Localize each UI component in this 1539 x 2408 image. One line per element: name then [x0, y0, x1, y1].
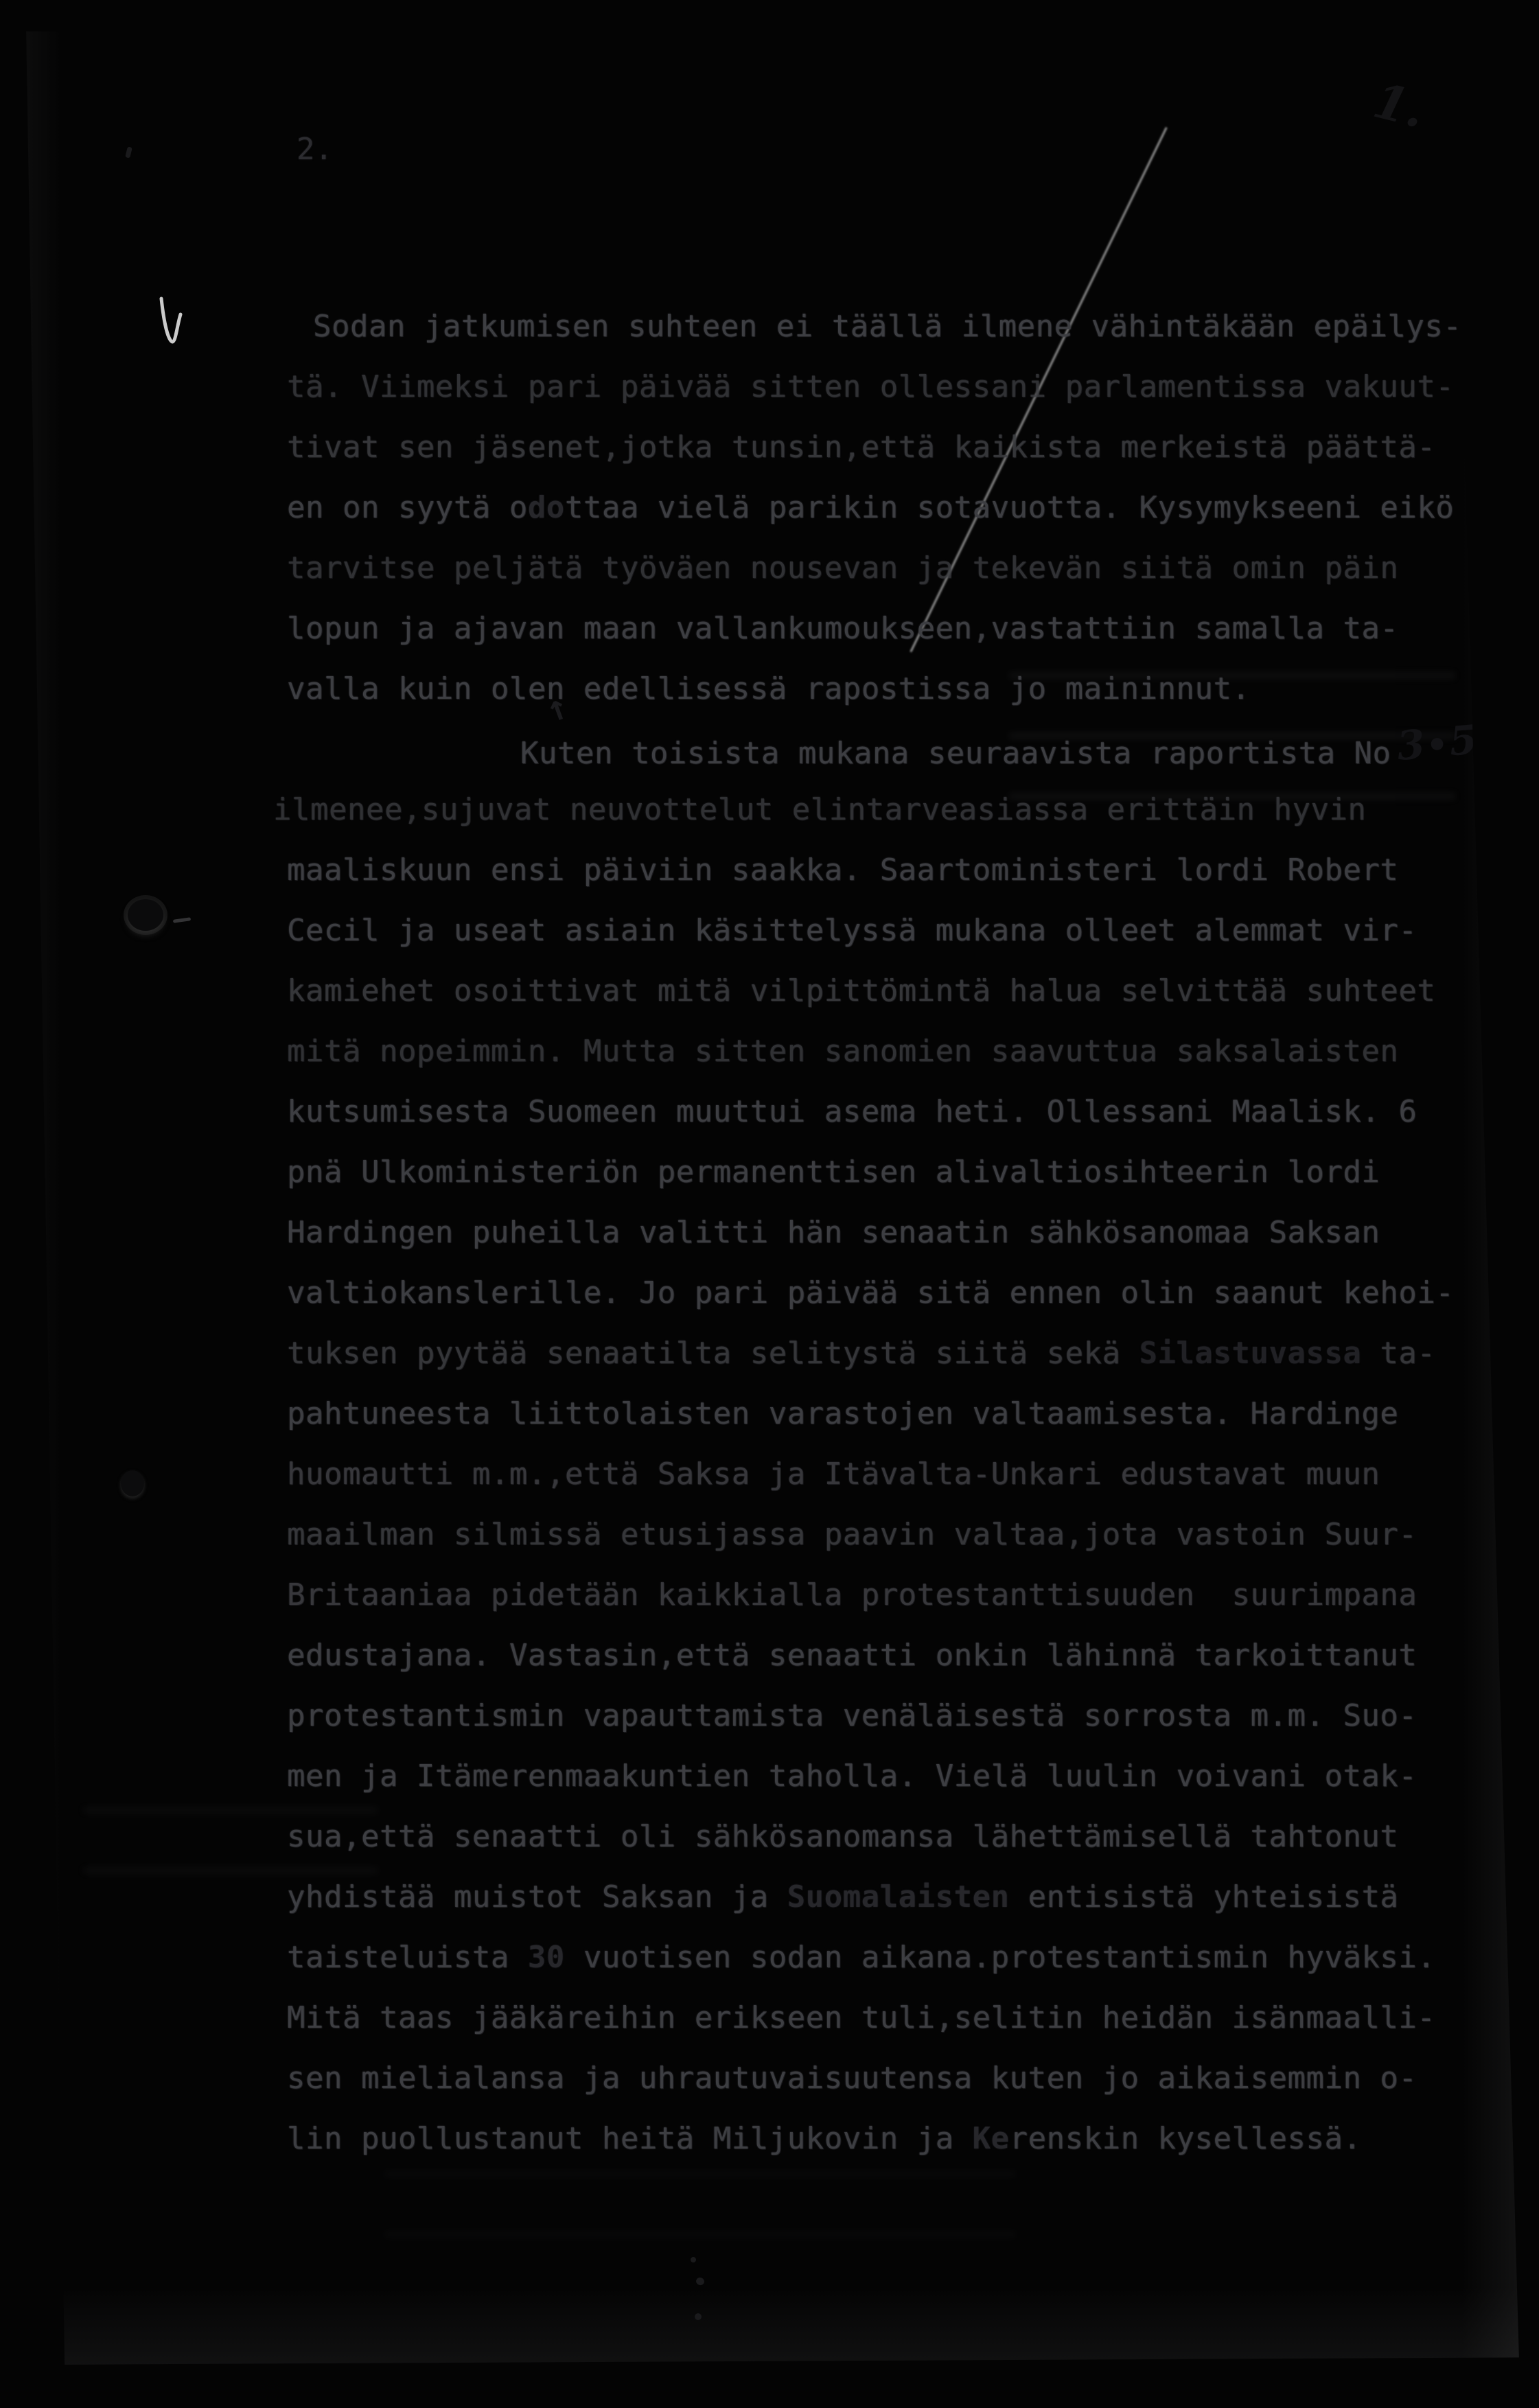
typed-segment: sen mielialansa ja uhrautuvaisuutensa ku…: [287, 2061, 1417, 2096]
scratch-hook-mark: [158, 297, 188, 347]
typed-segment: renskin kysellessä.: [1010, 2121, 1362, 2156]
typed-line: Sodan jatkumisen suhteen ei täällä ilmen…: [313, 297, 1495, 357]
typed-segment: entisistä yhteisistä: [1010, 1879, 1399, 1914]
typed-segment: pnä Ulkoministeriön permanenttisen aliva…: [287, 1155, 1380, 1190]
typed-segment: en on syytä o: [287, 490, 528, 525]
typed-segment: ilmenee,sujuvat neuvottelut elintarveasi…: [273, 792, 1366, 827]
typed-segment: pahtuneesta liittolaisten varastojen val…: [287, 1396, 1398, 1431]
scanned-document: { "page": { "background_color": "#040404…: [0, 0, 1539, 2408]
typed-segment: Silastuvassa: [1139, 1336, 1362, 1371]
handwritten-annotation: 3∙5: [1394, 709, 1481, 776]
typed-segment: Britaaniaa pidetään kaikkialla protestan…: [287, 1577, 1417, 1612]
ink-blot: [128, 899, 163, 931]
typed-line: huomautti m.m.,että Saksa ja Itävalta-Un…: [287, 1444, 1495, 1505]
typed-line: Mitä taas jääkäreihin erikseen tuli,seli…: [287, 1988, 1495, 2048]
typed-segment: kutsumisesta Suomeen muuttui asema heti.…: [287, 1094, 1417, 1129]
typed-segment: men ja Itämerenmaakuntien taholla. Vielä…: [287, 1759, 1417, 1794]
typed-line: edustajana. Vastasin,että senaatti onkin…: [287, 1625, 1495, 1686]
typed-line: pnä Ulkoministeriön permanenttisen aliva…: [287, 1142, 1495, 1203]
typed-line: tivat sen jäsenet,jotka tunsin,että kaik…: [287, 417, 1495, 478]
typed-segment: Sodan jatkumisen suhteen ei täällä ilmen…: [313, 309, 1461, 344]
paper-sheet: 2. 1. ↑ Sodan jatkumisen suhteen ei tääl…: [0, 0, 1539, 2408]
typed-line: sua,että senaatti oli sähkösanomansa läh…: [287, 1807, 1495, 1867]
typed-segment: Kuten toisista mukana seuraavista raport…: [520, 736, 1391, 771]
typed-line: kamiehet osoittivat mitä vilpittömintä h…: [287, 961, 1495, 1021]
typed-line: sen mielialansa ja uhrautuvaisuutensa ku…: [287, 2048, 1495, 2109]
typed-line: tuksen pyytää senaatilta selitystä siitä…: [287, 1323, 1495, 1384]
typed-segment: Mitä taas jääkäreihin erikseen tuli,seli…: [287, 2000, 1435, 2035]
typed-segment: ttaa vielä parikin sotavuotta. Kysymykse…: [565, 490, 1455, 525]
typed-segment: do: [528, 490, 565, 525]
typed-segment: edustajana. Vastasin,että senaatti onkin…: [287, 1638, 1417, 1673]
ink-blot: [121, 1470, 144, 1496]
typed-line: en on syytä odottaa vielä parikin sotavu…: [287, 478, 1495, 538]
typed-segment: tarvitse peljätä työväen nousevan ja tek…: [287, 551, 1398, 586]
typed-segment: valla kuin olen edellisessä rapostissa j…: [287, 671, 1251, 706]
typed-segment: Ke: [973, 2121, 1010, 2156]
typed-segment: vuotisen sodan aikana.protestantismin hy…: [565, 1940, 1436, 1975]
typed-line: Hardingen puheilla valitti hän senaatin …: [287, 1203, 1495, 1263]
typed-segment: yhdistää muistot Saksan ja: [287, 1879, 787, 1914]
typed-segment: lin puollustanut heitä Miljukovin ja: [287, 2121, 973, 2156]
typed-segment: valtiokanslerille. Jo pari päivää sitä e…: [287, 1275, 1454, 1310]
typed-segment: ta-: [1361, 1336, 1435, 1371]
typed-line: Britaaniaa pidetään kaikkialla protestan…: [287, 1565, 1495, 1625]
typed-line: valla kuin olen edellisessä rapostissa j…: [287, 659, 1495, 719]
typed-segment: 30: [528, 1940, 565, 1975]
typed-segment: maailman silmissä etusijassa paavin valt…: [287, 1517, 1417, 1552]
typed-segment: kamiehet osoittivat mitä vilpittömintä h…: [287, 973, 1435, 1008]
typed-line: lopun ja ajavan maan vallankumoukseen,va…: [287, 599, 1495, 659]
typed-segment: protestantismin vapauttamista venäläises…: [287, 1698, 1417, 1733]
typed-line: maaliskuun ensi päiviin saakka. Saartomi…: [287, 840, 1495, 901]
typed-line: lin puollustanut heitä Miljukovin ja Ker…: [287, 2109, 1495, 2169]
typed-segment: tä. Viimeksi pari päivää sitten ollessan…: [287, 369, 1454, 404]
typed-segment: lopun ja ajavan maan vallankumoukseen,va…: [287, 611, 1398, 646]
typed-line: kutsumisesta Suomeen muuttui asema heti.…: [287, 1082, 1495, 1142]
typed-line: yhdistää muistot Saksan ja Suomalaisten …: [287, 1867, 1495, 1927]
typed-segment: sua,että senaatti oli sähkösanomansa läh…: [287, 1819, 1398, 1854]
typed-line: tarvitse peljätä työväen nousevan ja tek…: [287, 538, 1495, 599]
typed-line: Cecil ja useat asiain käsittelyssä mukan…: [287, 901, 1495, 961]
typed-segment: tuksen pyytää senaatilta selitystä siitä…: [287, 1336, 1139, 1371]
typed-line: Kuten toisista mukana seuraavista raport…: [520, 719, 1495, 780]
typed-segment: tivat sen jäsenet,jotka tunsin,että kaik…: [287, 430, 1435, 465]
typed-segment: taisteluista: [287, 1940, 528, 1975]
typed-segment: huomautti m.m.,että Saksa ja Itävalta-Un…: [287, 1457, 1380, 1492]
typed-line: mitä nopeimmin. Mutta sitten sanomien sa…: [287, 1021, 1495, 1082]
ink-speck: [695, 2313, 702, 2320]
typed-segment: maaliskuun ensi päiviin saakka. Saartomi…: [287, 853, 1398, 888]
page-number: 2.: [297, 132, 333, 167]
typed-text: Sodan jatkumisen suhteen ei täällä ilmen…: [287, 297, 1495, 2169]
typed-line: ilmenee,sujuvat neuvottelut elintarveasi…: [273, 780, 1495, 840]
typed-segment: Cecil ja useat asiain käsittelyssä mukan…: [287, 913, 1417, 948]
typed-segment: Hardingen puheilla valitti hän senaatin …: [287, 1215, 1380, 1250]
typed-line: protestantismin vapauttamista venäläises…: [287, 1686, 1495, 1746]
ink-speck: [691, 2257, 696, 2262]
typed-line: maailman silmissä etusijassa paavin valt…: [287, 1505, 1495, 1565]
typed-line: pahtuneesta liittolaisten varastojen val…: [287, 1384, 1495, 1444]
typed-line: tä. Viimeksi pari päivää sitten ollessan…: [287, 357, 1495, 417]
typed-line: valtiokanslerille. Jo pari päivää sitä e…: [287, 1263, 1495, 1323]
typed-line: taisteluista 30 vuotisen sodan aikana.pr…: [287, 1927, 1495, 1988]
typed-segment: Suomalaisten: [787, 1879, 1010, 1914]
typed-segment: mitä nopeimmin. Mutta sitten sanomien sa…: [287, 1034, 1398, 1069]
typed-line: men ja Itämerenmaakuntien taholla. Vielä…: [287, 1746, 1495, 1807]
